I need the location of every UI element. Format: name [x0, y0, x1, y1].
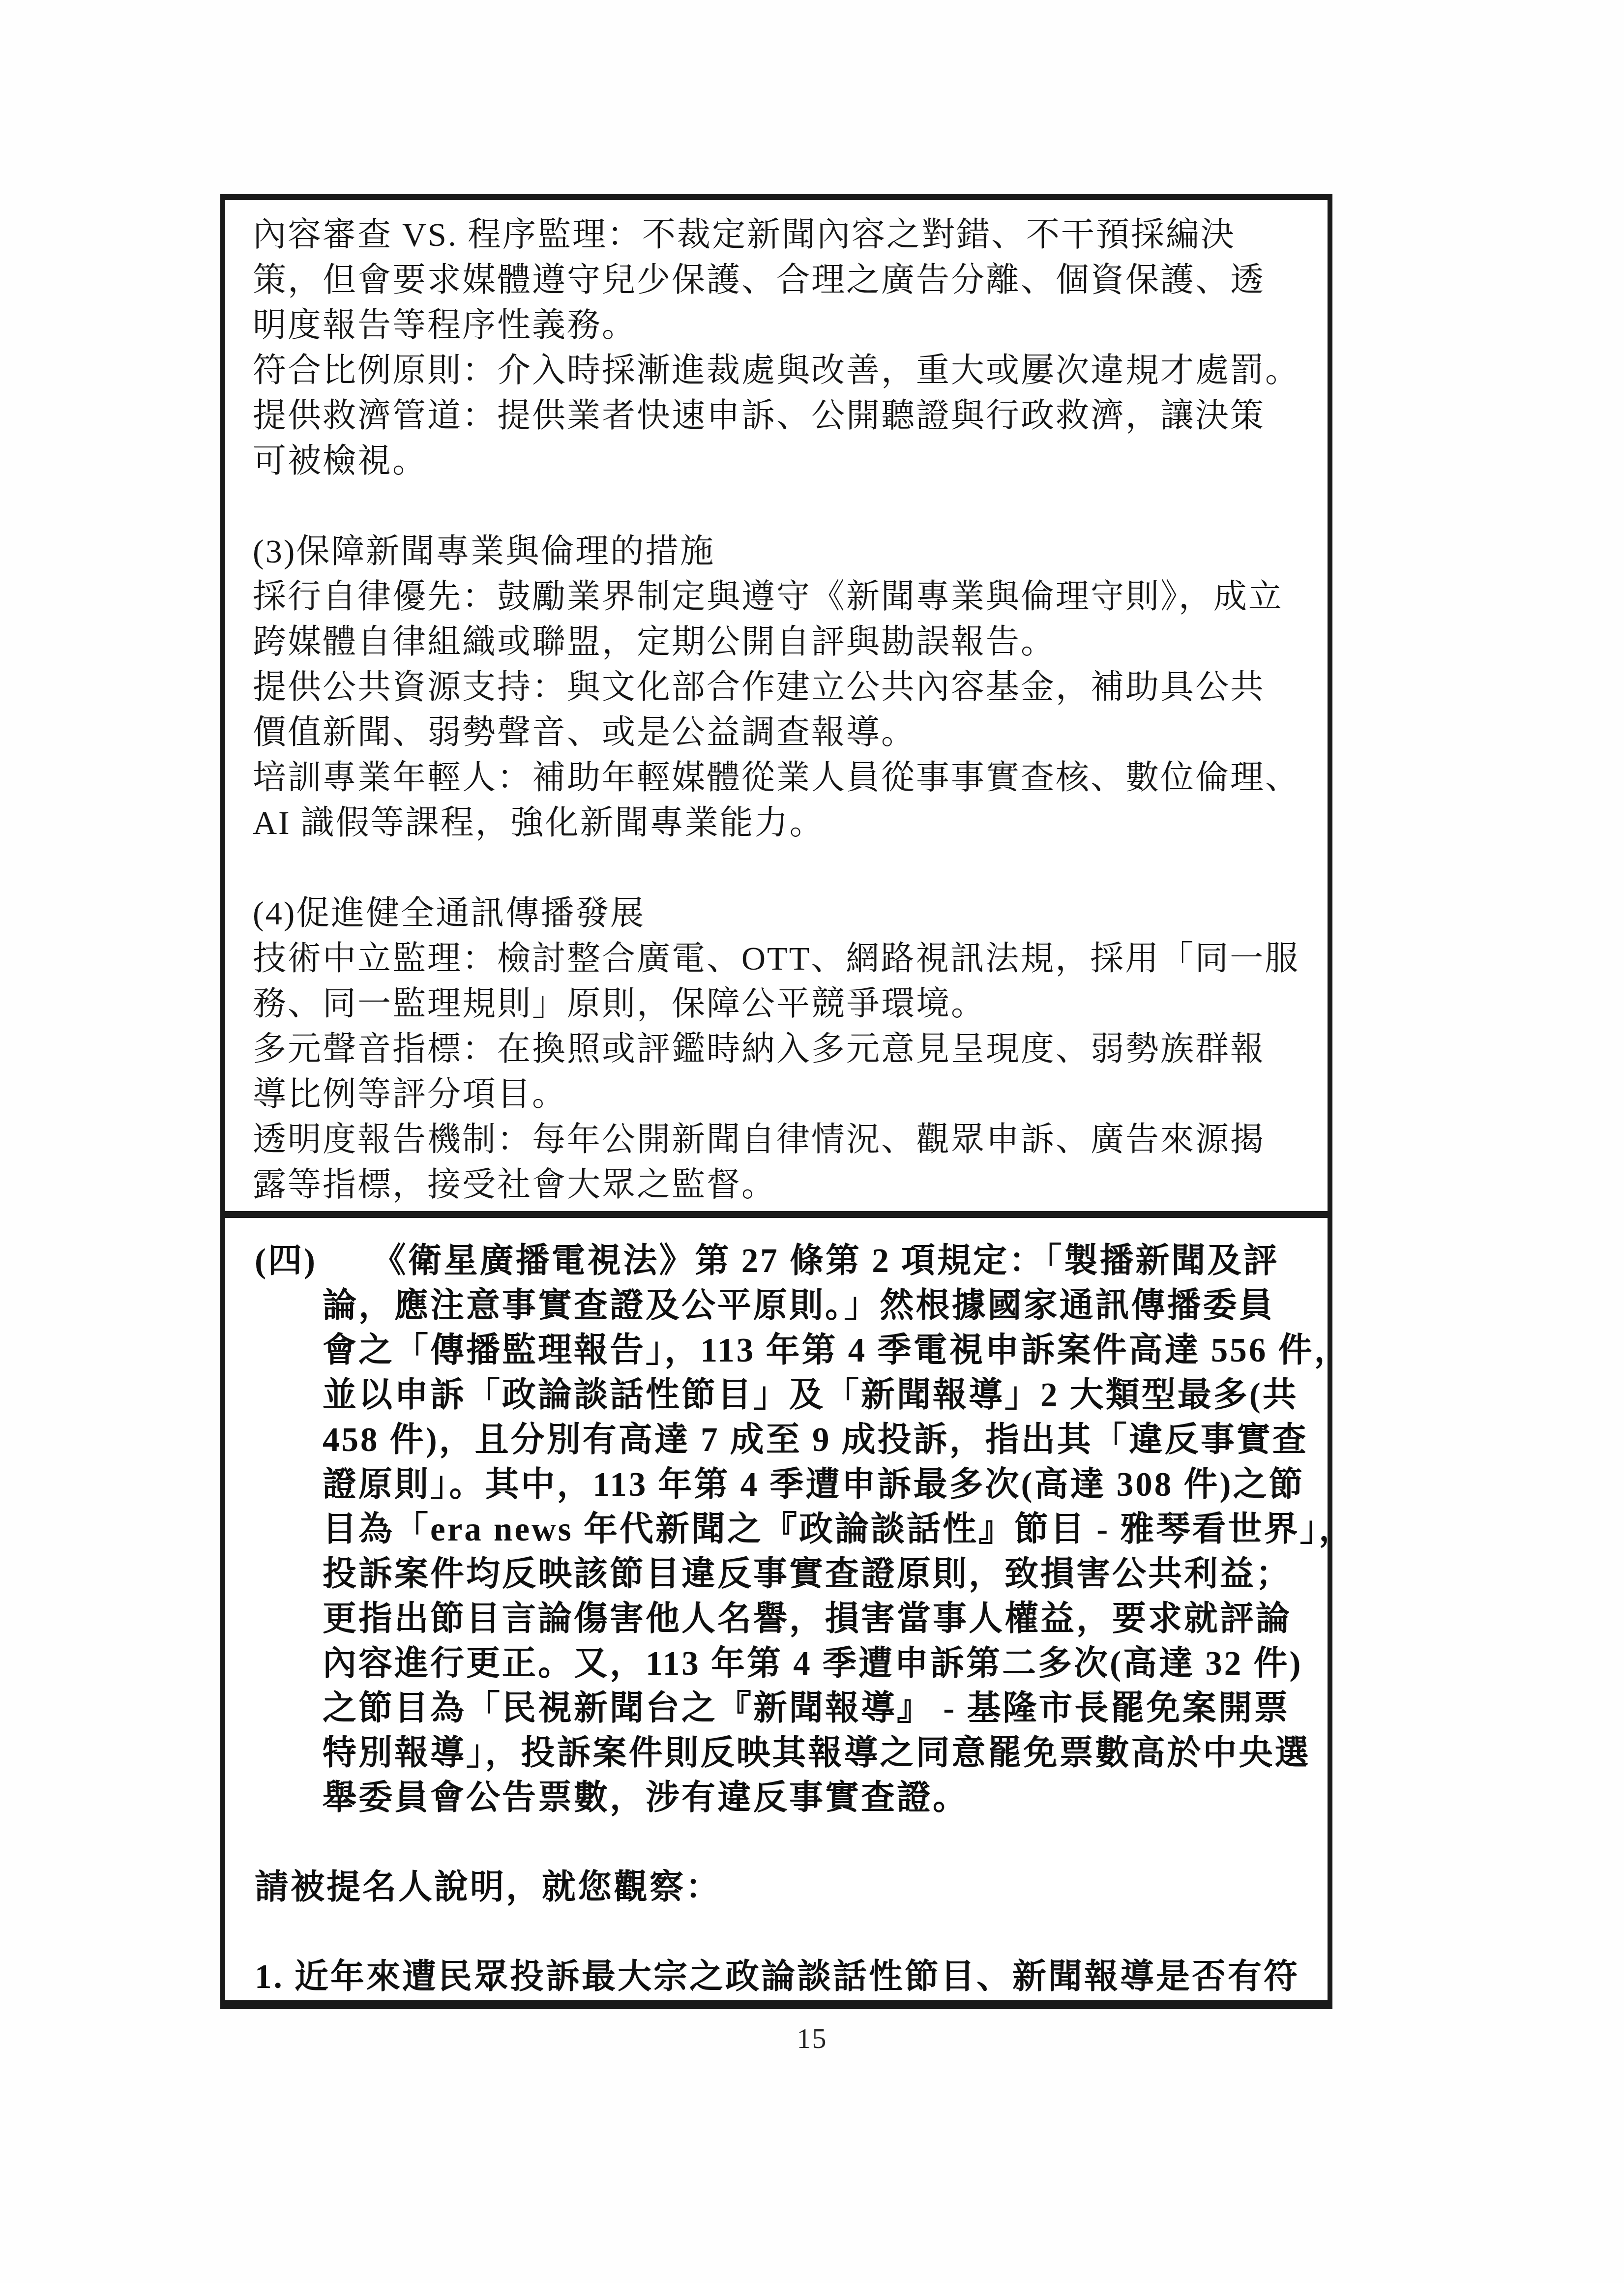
- text-line: 更指出節目言論傷害他人名譽，損害當事人權益，要求就評論: [255, 1597, 1315, 1641]
- text-line: 可被檢視。: [253, 438, 1315, 483]
- nominee-prompt: 請被提名人說明，就您觀察：: [255, 1865, 1315, 1910]
- text-line: 會之「傳播監理報告」，113 年第 4 季電視申訴案件高達 556 件，: [255, 1328, 1315, 1373]
- text-line: 證原則」。其中，113 年第 4 季遭申訴最多次(高達 308 件)之節: [255, 1462, 1315, 1507]
- text-line: 透明度報告機制：每年公開新聞自律情況、觀眾申訴、廣告來源揭: [253, 1117, 1315, 1162]
- text-line: 之節目為「民視新聞台之『新聞報導』 - 基隆市長罷免案開票: [255, 1686, 1315, 1731]
- blank-line: [253, 845, 1315, 890]
- text-line: 露等指標，接受社會大眾之監督。: [253, 1162, 1315, 1207]
- text-line: 特別報導」，投訴案件則反映其報導之同意罷免票數高於中央選: [255, 1731, 1315, 1776]
- text-line: 目為「era news 年代新聞之『政論談話性』節目 - 雅琴看世界」，: [255, 1507, 1315, 1552]
- text-line: 價值新聞、弱勢聲音、或是公益調查報導。: [253, 710, 1315, 755]
- content-box-question-four: (四) 《衛星廣播電視法》第 27 條第 2 項規定：「製播新聞及評 論，應注意…: [220, 1218, 1332, 2009]
- text-line: 舉委員會公告票數，涉有違反事實查證。: [255, 1776, 1315, 1820]
- text-line: 並以申訴「政論談話性節目」及「新聞報導」2 大類型最多(共: [255, 1373, 1315, 1418]
- content-box-regulatory-measures: 內容審查 VS. 程序監理：不裁定新聞內容之對錯、不干預採編決 策，但會要求媒體…: [220, 194, 1332, 1218]
- paragraph-four-first-line: (四) 《衛星廣播電視法》第 27 條第 2 項規定：「製播新聞及評: [255, 1239, 1315, 1283]
- text-line: 跨媒體自律組織或聯盟，定期公開自評與勘誤報告。: [253, 619, 1315, 664]
- text-line: 符合比例原則：介入時採漸進裁處與改善，重大或屢次違規才處罰。: [253, 348, 1315, 393]
- text-line: 採行自律優先：鼓勵業界制定與遵守《新聞專業與倫理守則》，成立: [253, 574, 1315, 619]
- text-line: 論，應注意事實查證及公平原則。」然根據國家通訊傳播委員: [255, 1283, 1315, 1328]
- page-number: 15: [0, 2022, 1624, 2055]
- question-item-1: 1. 近年來遭民眾投訴最大宗之政論談話性節目、新聞報導是否有符: [255, 1955, 1315, 1999]
- text-line: 多元聲音指標：在換照或評鑑時納入多元意見呈現度、弱勢族群報: [253, 1026, 1315, 1071]
- text-line: 導比例等評分項目。: [253, 1071, 1315, 1117]
- text-line: 技術中立監理：檢討整合廣電、OTT、網路視訊法規，採用「同一服: [253, 936, 1315, 981]
- text-line: 策，但會要求媒體遵守兒少保護、合理之廣告分離、個資保護、透: [253, 257, 1315, 302]
- section-heading-3: (3)保障新聞專業與倫理的措施: [253, 529, 1315, 574]
- text-line: 458 件)，且分別有高達 7 成至 9 成投訴，指出其「違反事實查: [255, 1418, 1315, 1462]
- text-line: 提供救濟管道：提供業者快速申訴、公開聽證與行政救濟，讓決策: [253, 393, 1315, 438]
- text-line: 投訴案件均反映該節目違反事實查證原則，致損害公共利益；: [255, 1552, 1315, 1597]
- text-line: 培訓專業年輕人：補助年輕媒體從業人員從事事實查核、數位倫理、: [253, 755, 1315, 800]
- blank-line: [255, 1910, 1315, 1955]
- text-line: 明度報告等程序性義務。: [253, 302, 1315, 348]
- text-line: 內容進行更正。又，113 年第 4 季遭申訴第二多次(高達 32 件): [255, 1641, 1315, 1686]
- text-line: 內容審查 VS. 程序監理：不裁定新聞內容之對錯、不干預採編決: [253, 212, 1315, 257]
- blank-line: [255, 1820, 1315, 1865]
- blank-line: [253, 483, 1315, 529]
- document-page: 內容審查 VS. 程序監理：不裁定新聞內容之對錯、不干預採編決 策，但會要求媒體…: [0, 0, 1624, 2283]
- text-line: 務、同一監理規則」原則，保障公平競爭環境。: [253, 981, 1315, 1026]
- text-line: 提供公共資源支持：與文化部合作建立公共內容基金，補助具公共: [253, 664, 1315, 710]
- text-line: AI 識假等課程，強化新聞專業能力。: [253, 800, 1315, 845]
- section-heading-4: (4)促進健全通訊傳播發展: [253, 890, 1315, 936]
